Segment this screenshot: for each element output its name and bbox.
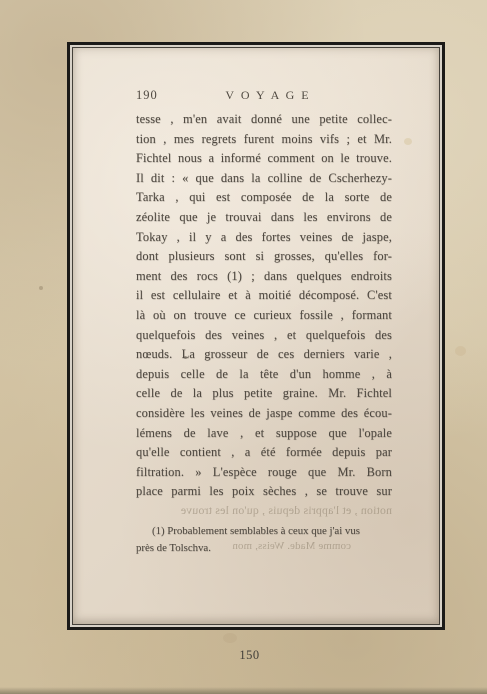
text-line: Fichtel nous a informé comment on le tro… [136, 149, 392, 169]
text-line: Il dit : « que dans la colline de Cscher… [136, 169, 392, 189]
text-line: nœuds. La grosseur de ces derniers varie… [136, 345, 392, 365]
text-line: zéolite que je trouvai dans les environs… [136, 208, 392, 228]
text-line: quelquefois des veines , et quelquefois … [136, 326, 392, 346]
text-line: depuis celle de la tête d'un homme , à [136, 365, 392, 385]
paper-stain [455, 346, 466, 356]
bleedthrough-text: comme Made. Weiss, mon [201, 540, 351, 552]
scan-bottom-shadow [0, 687, 487, 694]
text-line: considère les veines de jaspe comme des … [136, 404, 392, 424]
running-title: V O Y A G E [193, 88, 343, 103]
text-line: lémens de lave , et suppose que l'opale [136, 424, 392, 444]
page-content: 190 V O Y A G E tesse , m'en avait donné… [73, 48, 439, 624]
paper-speck [184, 356, 187, 359]
text-line: qu'elle contient , a été formée depuis p… [136, 443, 392, 463]
book-page: 190 V O Y A G E tesse , m'en avait donné… [72, 47, 440, 625]
scanned-book-page-view: { "page": { "scan_page_number": "150", "… [0, 0, 487, 694]
body-text: tesse , m'en avait donné une petite coll… [136, 110, 392, 502]
text-line: il est cellulaire et à moitié décomposé.… [136, 286, 392, 306]
paper-stain [404, 138, 412, 145]
text-line: place parmi les poix sèches , se trouve … [136, 482, 392, 502]
text-line: filtration. » L'espèce rouge que Mr. Bor… [136, 463, 392, 483]
folio-number: 190 [136, 88, 158, 103]
scan-page-number: 150 [0, 648, 487, 663]
text-line: là où on trouve ce curieux fossile , for… [136, 306, 392, 326]
text-line: dont plusieurs sont si grosses, qu'elles… [136, 247, 392, 267]
scan-border-frame: 190 V O Y A G E tesse , m'en avait donné… [67, 42, 445, 630]
text-line: Tokay , il y a des fortes veines de jasp… [136, 228, 392, 248]
text-line: Tarka , qui est composée de la sorte de [136, 188, 392, 208]
text-line: tion , mes regrets furent moins vifs ; e… [136, 130, 392, 150]
bleedthrough-text: notion , et l'appris depuis , qu'on les … [136, 503, 392, 518]
paper-speck [39, 286, 43, 290]
paper-stain [223, 633, 237, 643]
page-header: 190 V O Y A G E [73, 88, 439, 104]
text-line: ment des rocs (1) ; dans quelques endroi… [136, 267, 392, 287]
text-line: celle de la plus petite graine. Mr. Fich… [136, 384, 392, 404]
text-line: tesse , m'en avait donné une petite coll… [136, 110, 392, 130]
footnote-line: (1) Probablement semblables à ceux que j… [136, 523, 392, 540]
